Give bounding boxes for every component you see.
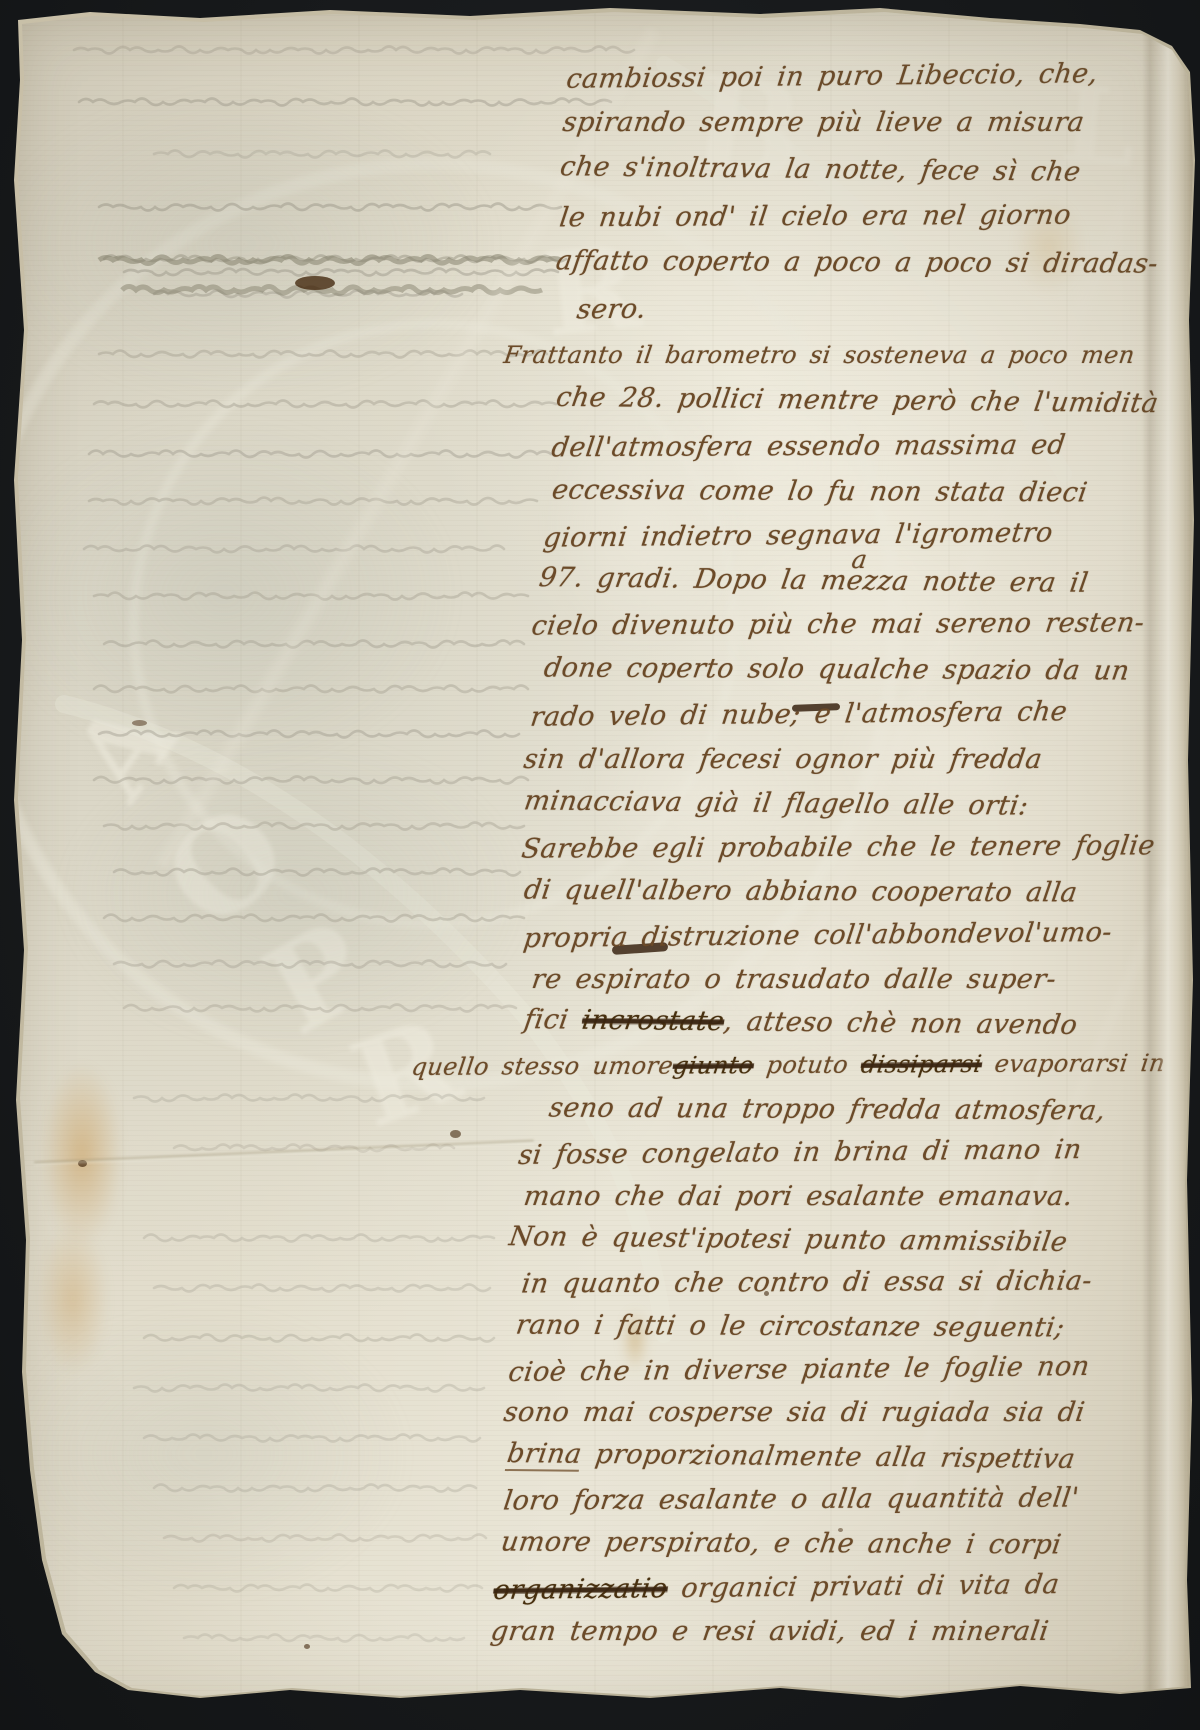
edge-shading (4, 4, 1196, 1726)
manuscript-page: AOPRBRL cambiossi poi in puro Libeccio, … (4, 4, 1196, 1726)
scanned-manuscript: AOPRBRL cambiossi poi in puro Libeccio, … (0, 0, 1200, 1730)
